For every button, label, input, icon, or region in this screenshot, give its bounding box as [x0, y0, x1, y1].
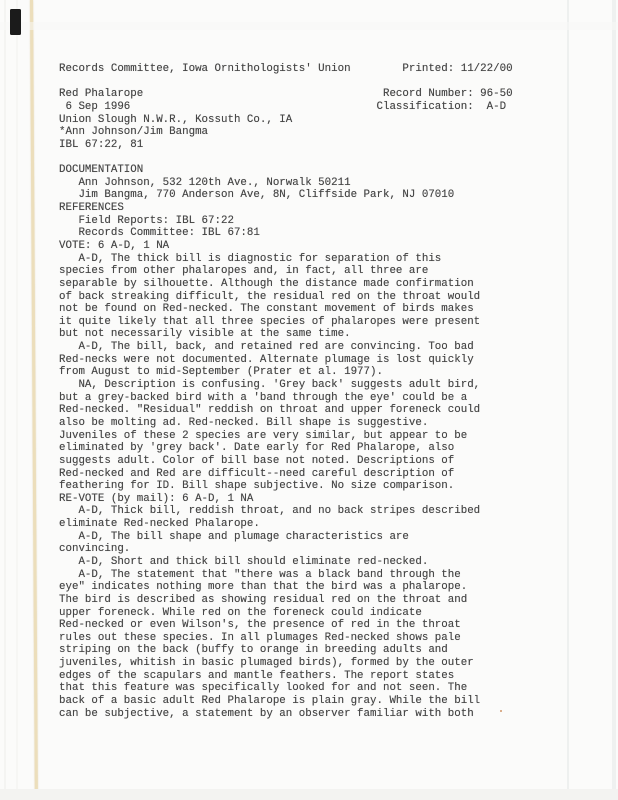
page-binding-line	[30, 0, 37, 800]
text-line: 6 Sep 1996 Classification: A-D	[59, 101, 604, 114]
text-line: DOCUMENTATION	[59, 164, 604, 177]
text-line: suggests adult. Color of bill base not n…	[59, 455, 604, 468]
scanned-document-page: Records Committee, Iowa Ornithologists' …	[0, 0, 618, 800]
scan-band-bottom	[0, 789, 618, 800]
text-line: Records Committee, Iowa Ornithologists' …	[59, 63, 604, 76]
text-line: species from other phalaropes and, in fa…	[59, 265, 604, 278]
text-line: The bird is described as showing residua…	[59, 594, 604, 607]
text-line: from August to mid-September (Prater et …	[59, 366, 604, 379]
text-line: Field Reports: IBL 67:22	[59, 215, 604, 228]
scan-streak-left	[4, 0, 6, 800]
text-line: Red-necked or even Wilson's, the presenc…	[59, 619, 604, 632]
corner-ink-mark	[10, 9, 21, 35]
text-line: VOTE: 6 A-D, 1 NA	[59, 240, 604, 253]
text-line: RE-VOTE (by mail): 6 A-D, 1 NA	[59, 493, 604, 506]
text-line: can be subjective, a statement by an obs…	[59, 708, 604, 721]
text-line: eliminated by 'grey back'. Date early fo…	[59, 442, 604, 455]
text-line: convincing.	[59, 543, 604, 556]
text-line	[59, 151, 604, 164]
document-lines: Records Committee, Iowa Ornithologists' …	[59, 63, 604, 720]
text-line: Records Committee: IBL 67:81	[59, 227, 604, 240]
text-line: Red-necked. "Residual" reddish on throat…	[59, 404, 604, 417]
text-line: IBL 67:22, 81	[59, 139, 604, 152]
text-line: Union Slough N.W.R., Kossuth Co., IA	[59, 114, 604, 127]
text-line: A-D, The bill, back, and retained red ar…	[59, 341, 604, 354]
text-line: A-D, The bill shape and plumage characte…	[59, 531, 604, 544]
text-line: A-D, The statement that "there was a bla…	[59, 569, 604, 582]
text-line: it quite likely that all three species o…	[59, 316, 604, 329]
text-line: rules out these species. In all plumages…	[59, 632, 604, 645]
text-line: separable by silhouette. Although the di…	[59, 278, 604, 291]
text-line: that this feature was specifically looke…	[59, 682, 604, 695]
text-line: juveniles, whitish in basic plumaged bir…	[59, 657, 604, 670]
scan-band-top	[0, 22, 618, 30]
text-line: Red-necks were not documented. Alternate…	[59, 354, 604, 367]
text-line: Ann Johnson, 532 120th Ave., Norwalk 502…	[59, 177, 604, 190]
text-line	[59, 76, 604, 89]
text-line: Red Phalarope Record Number: 96-50	[59, 88, 604, 101]
text-line: striping on the back (buffy to orange in…	[59, 644, 604, 657]
text-line: upper foreneck. While red on the forenec…	[59, 607, 604, 620]
text-line: also be molting ad. Red-necked. Bill sha…	[59, 417, 604, 430]
scan-streak-right	[612, 0, 616, 800]
text-line: edges of the scapulars and mantle feathe…	[59, 670, 604, 683]
scan-streak-left	[16, 0, 18, 800]
text-line: A-D, Thick bill, reddish throat, and no …	[59, 505, 604, 518]
text-line: Juveniles of these 2 species are very si…	[59, 430, 604, 443]
text-line: but a grey-backed bird with a 'band thro…	[59, 392, 604, 405]
text-line: but not necessarily visible at the same …	[59, 328, 604, 341]
text-line: back of a basic adult Red Phalarope is p…	[59, 695, 604, 708]
text-line: eye" indicates nothing more than that th…	[59, 581, 604, 594]
text-line: A-D, The thick bill is diagnostic for se…	[59, 253, 604, 266]
text-line: Jim Bangma, 770 Anderson Ave, 8N, Cliffs…	[59, 189, 604, 202]
text-line: feathering for ID. Bill shape subjective…	[59, 480, 604, 493]
text-line: *Ann Johnson/Jim Bangma	[59, 126, 604, 139]
text-line: A-D, Short and thick bill should elimina…	[59, 556, 604, 569]
text-line: Red-necked and Red are difficult--need c…	[59, 468, 604, 481]
text-line: not be found on Red-necked. The constant…	[59, 303, 604, 316]
text-line: of back streaking difficult, the residua…	[59, 291, 604, 304]
text-line: NA, Description is confusing. 'Grey back…	[59, 379, 604, 392]
text-line: REFERENCES	[59, 202, 604, 215]
text-line: eliminate Red-necked Phalarope.	[59, 518, 604, 531]
